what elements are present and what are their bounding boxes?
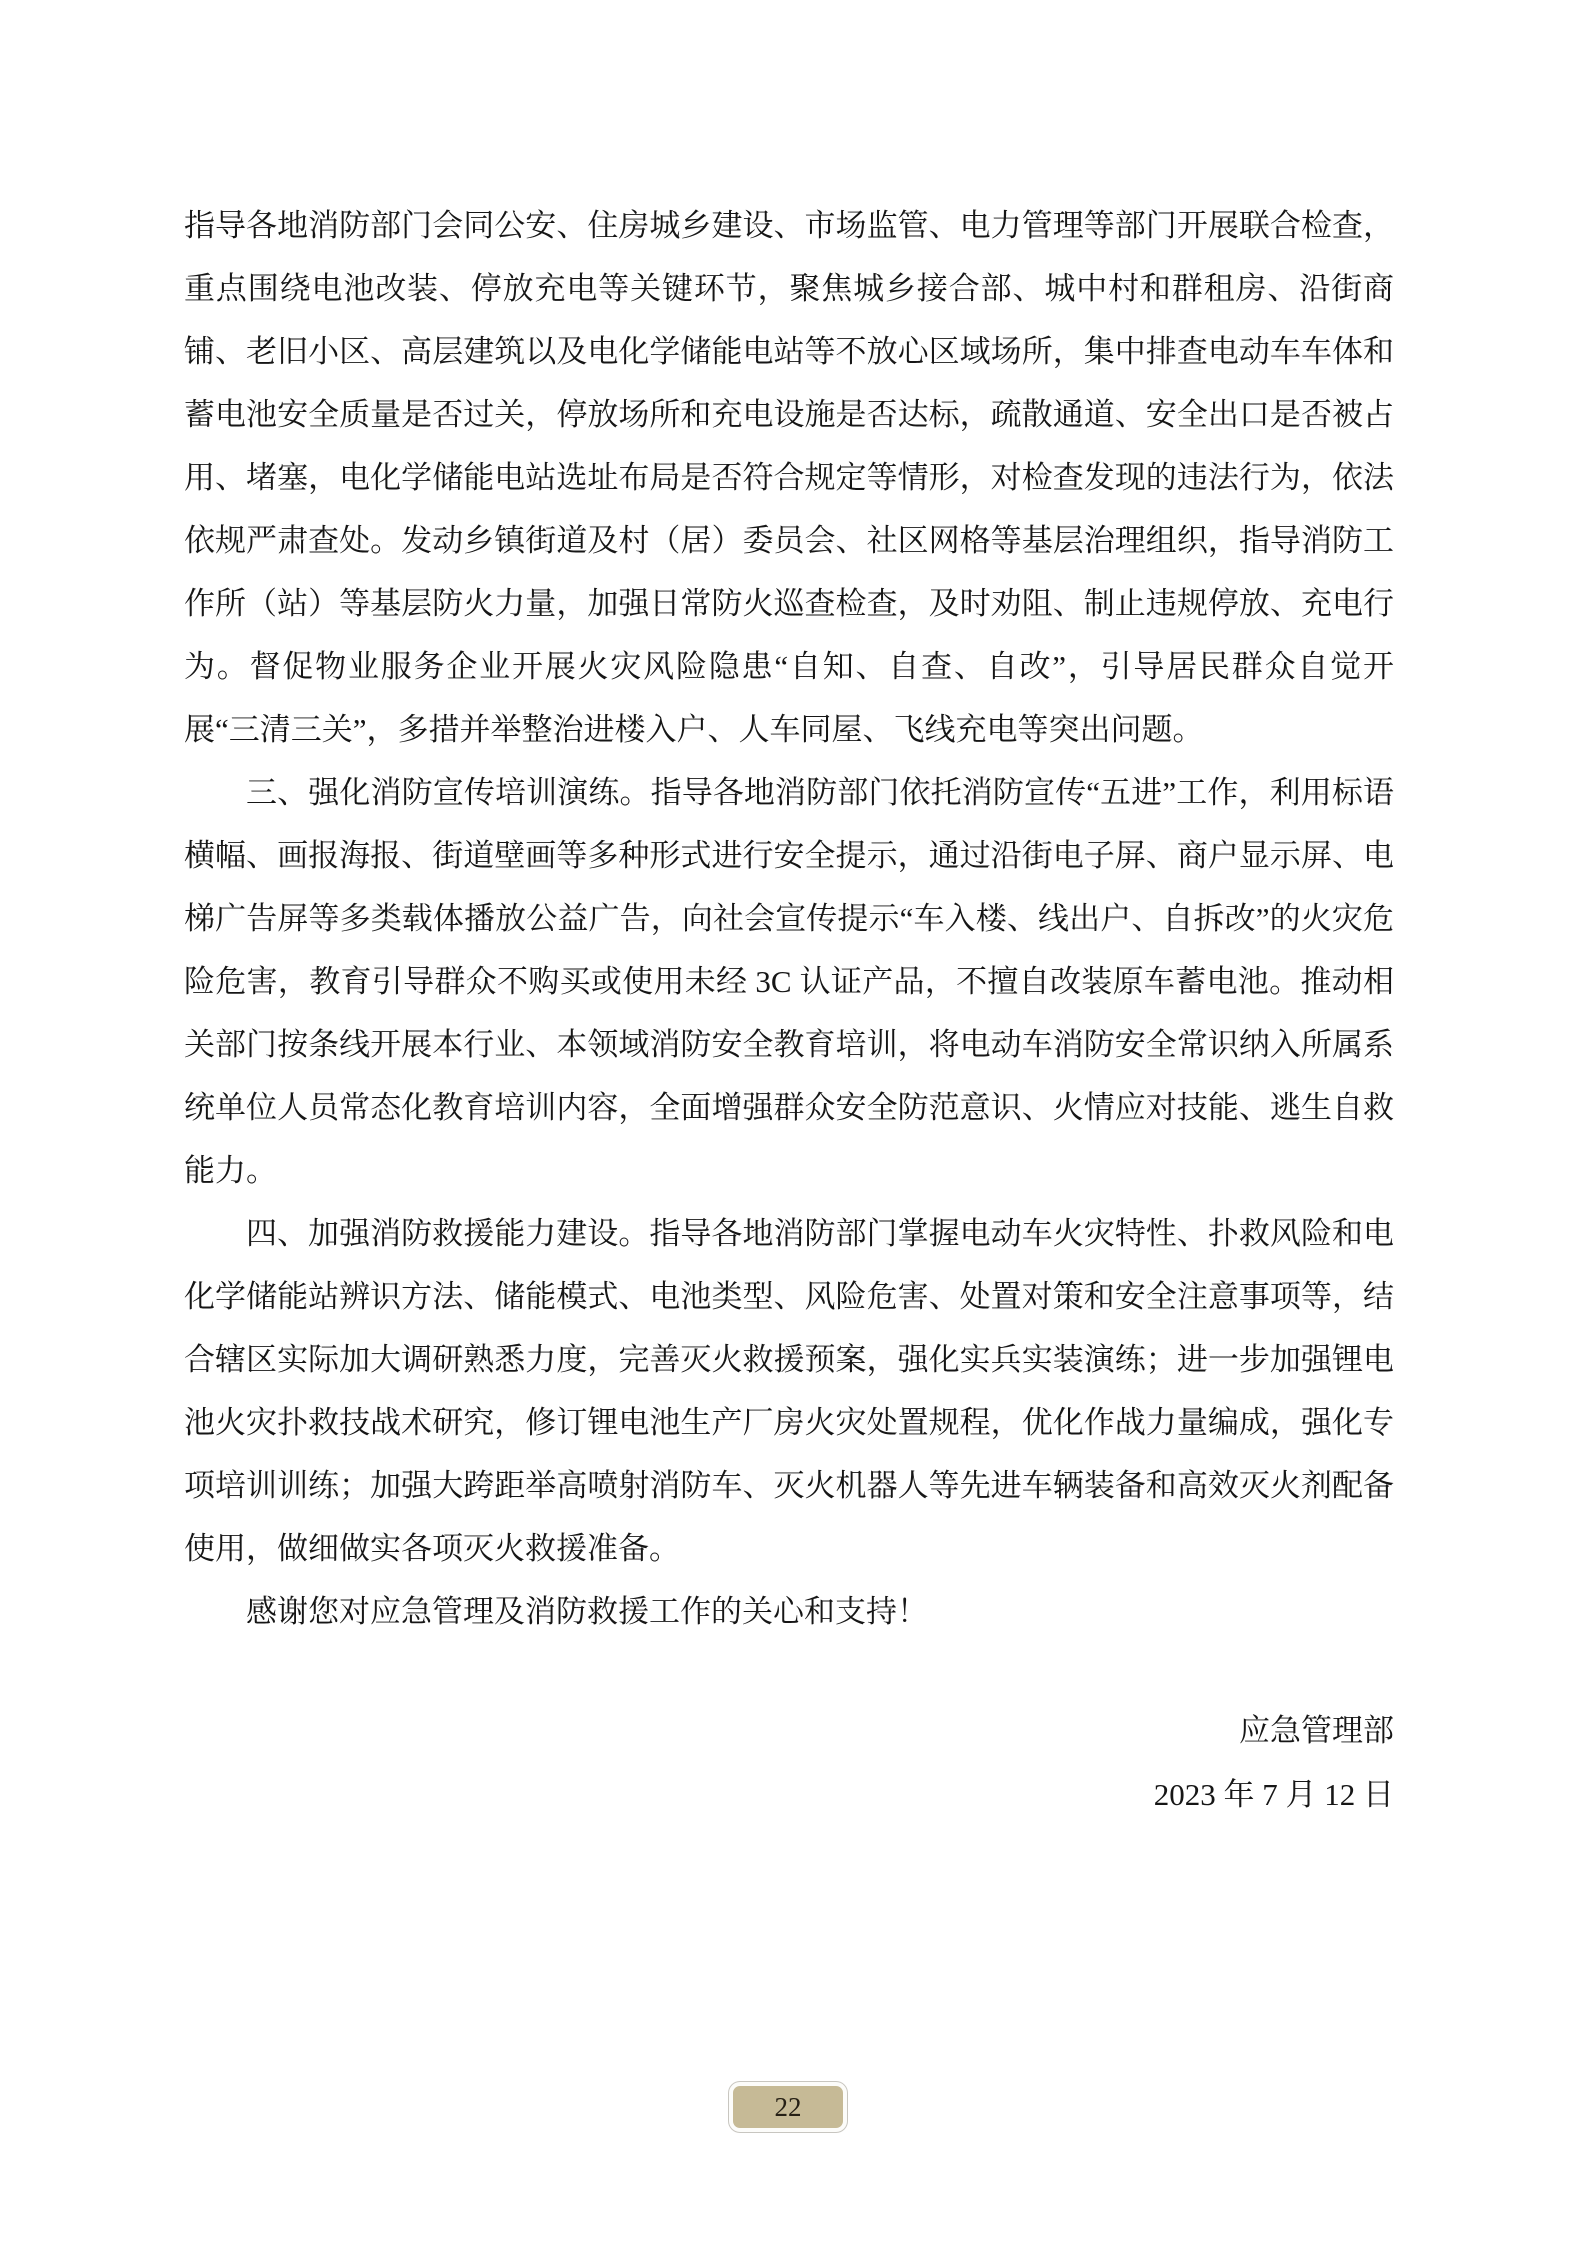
- signature-organization: 应急管理部: [184, 1699, 1394, 1763]
- page-number: 22: [775, 2094, 802, 2121]
- page-number-badge: 22: [729, 2082, 847, 2132]
- paragraph-thanks: 感谢您对应急管理及消防救援工作的关心和支持！: [184, 1580, 1394, 1643]
- signature-block: 应急管理部 2023 年 7 月 12 日: [184, 1699, 1394, 1827]
- document-page: 指导各地消防部门会同公安、住房城乡建设、市场监管、电力管理等部门开展联合检查，重…: [0, 0, 1588, 2257]
- paragraph-section-4: 四、加强消防救援能力建设。指导各地消防部门掌握电动车火灾特性、扑救风险和电化学储…: [184, 1202, 1394, 1580]
- document-body: 指导各地消防部门会同公安、住房城乡建设、市场监管、电力管理等部门开展联合检查，重…: [184, 194, 1394, 1827]
- paragraph-continuation: 指导各地消防部门会同公安、住房城乡建设、市场监管、电力管理等部门开展联合检查，重…: [184, 194, 1394, 761]
- signature-date: 2023 年 7 月 12 日: [184, 1763, 1394, 1827]
- paragraph-section-3: 三、强化消防宣传培训演练。指导各地消防部门依托消防宣传“五进”工作，利用标语横幅…: [184, 761, 1394, 1202]
- page-footer: 22: [0, 2080, 1588, 2136]
